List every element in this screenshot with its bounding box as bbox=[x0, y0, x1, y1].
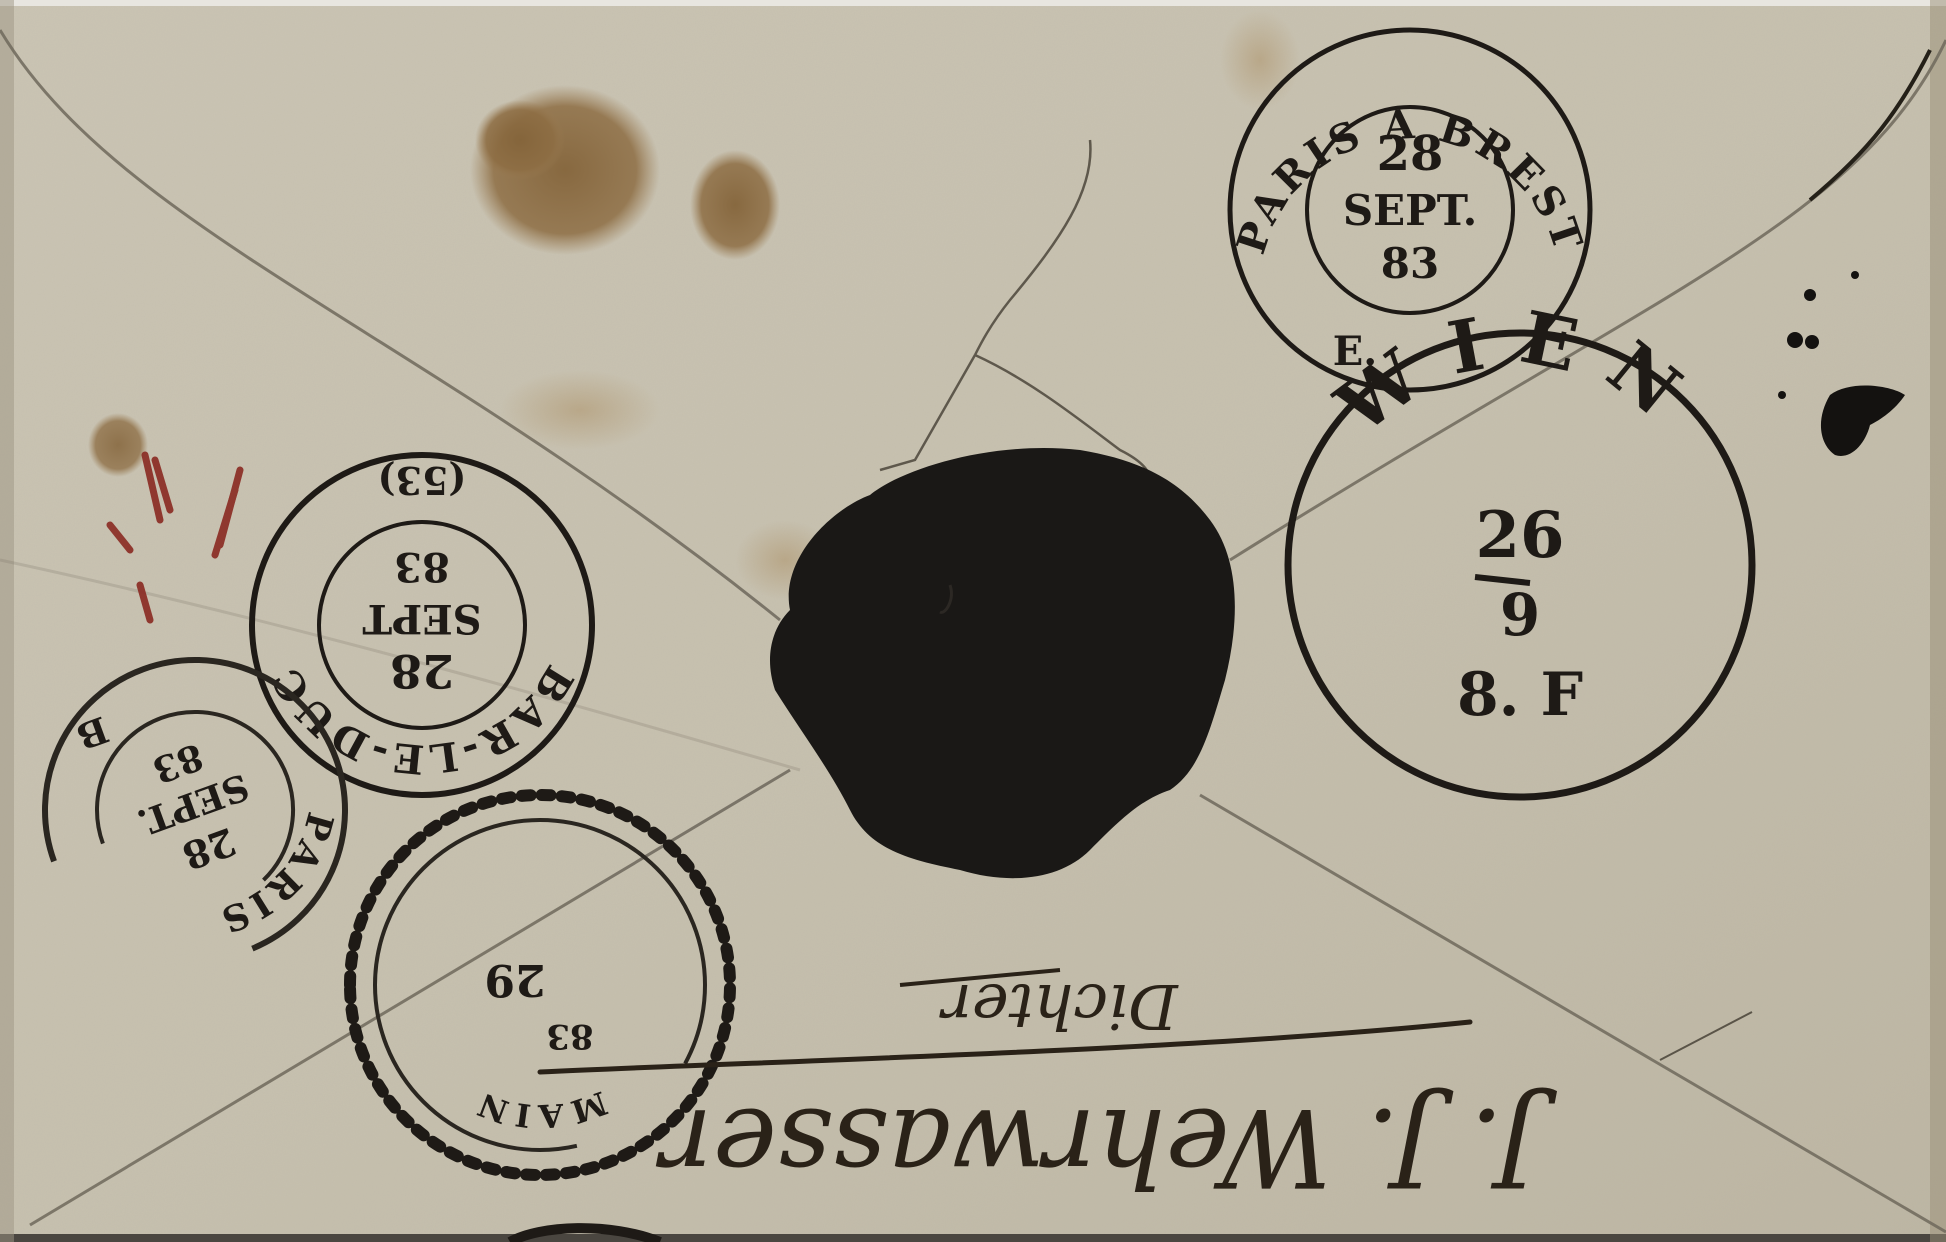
postmark-time: 8. F bbox=[1457, 660, 1583, 730]
postmark-year: 83 bbox=[1381, 239, 1439, 288]
postmark-year: 83 bbox=[546, 1016, 593, 1056]
postmark-day: 28 bbox=[390, 644, 454, 698]
postmark-month: SEPT. bbox=[1343, 186, 1477, 235]
envelope-photo: PARIS A BREST 28 SEPT. 83 E. WIEN 26 9 8… bbox=[0, 0, 1946, 1242]
postmark-day: 29 bbox=[484, 954, 545, 1005]
postmark-year: 83 bbox=[394, 543, 450, 590]
postmark-day: 26 bbox=[1475, 498, 1564, 573]
handwriting-title: Dichter bbox=[939, 970, 1179, 1043]
postmark-day: 28 bbox=[1377, 126, 1444, 182]
handwriting-name: J. J. Wehrwasser bbox=[656, 1084, 1558, 1209]
postmark-top-text: (53) bbox=[378, 458, 467, 503]
postmark-month: 9 bbox=[1500, 581, 1540, 649]
postmark-month: SEPT bbox=[362, 595, 481, 642]
